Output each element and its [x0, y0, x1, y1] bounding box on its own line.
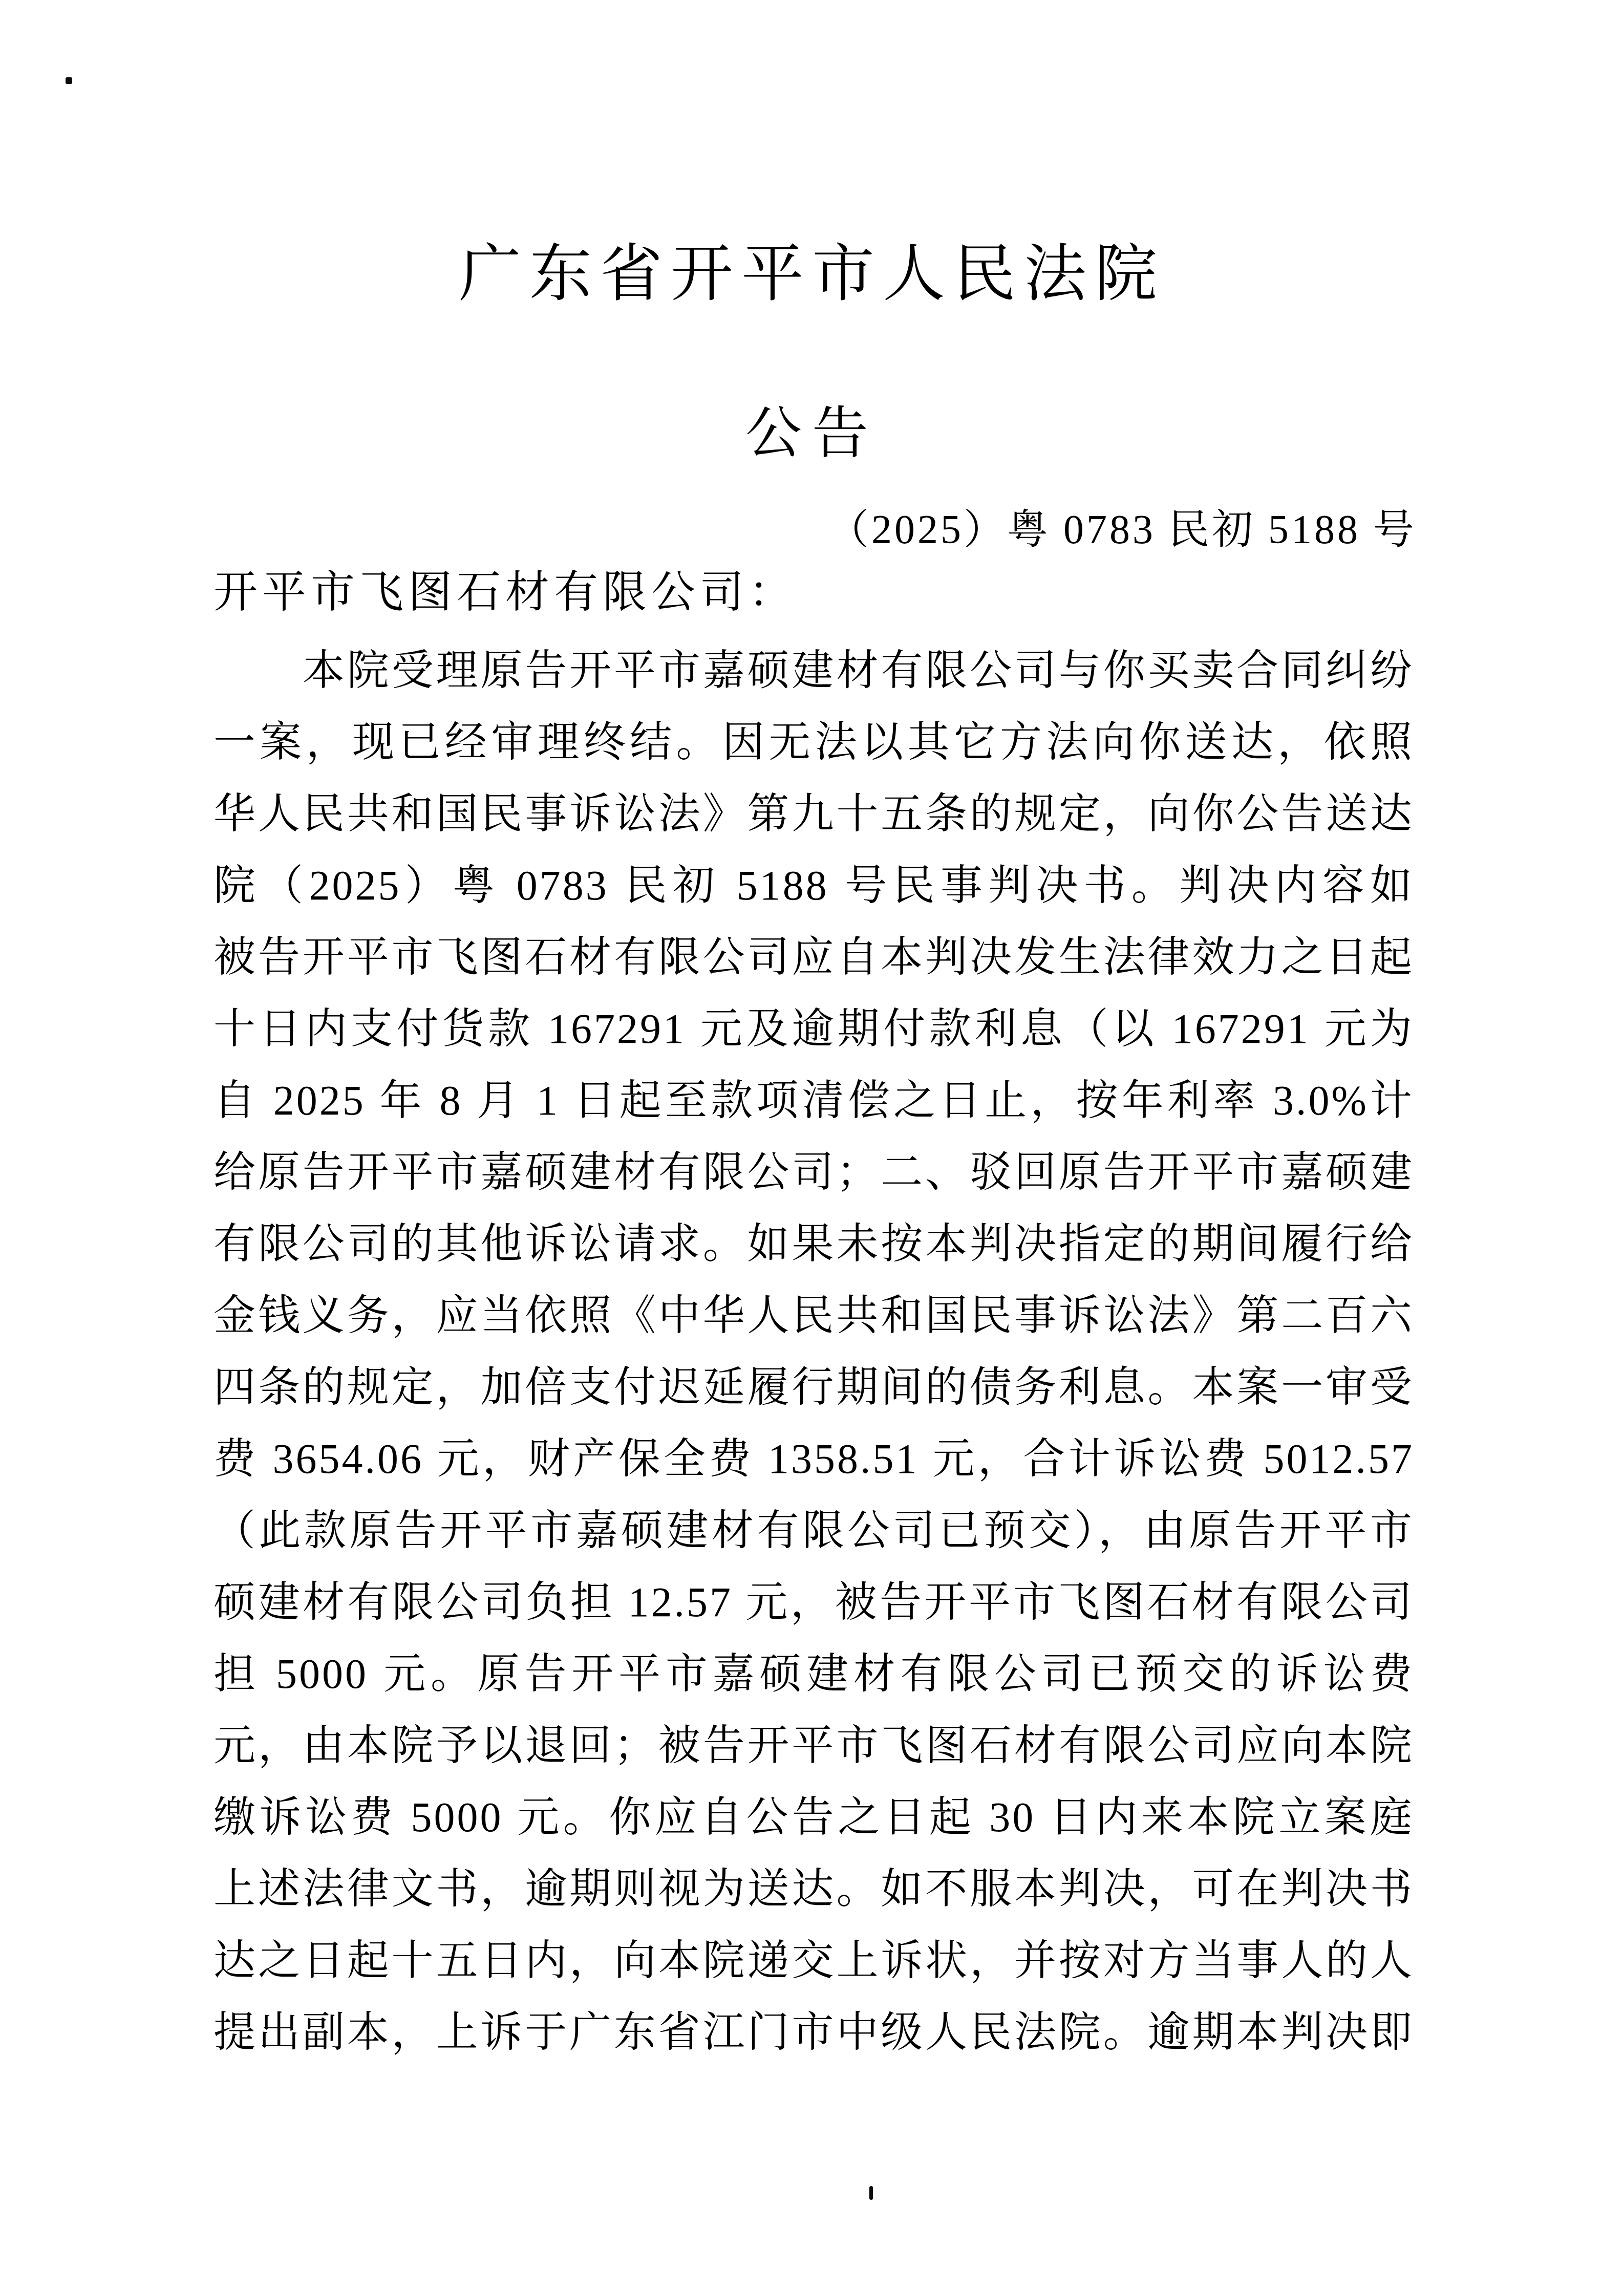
body-line: 硕建材有限公司负担 12.57 元，被告开平市飞图石材有限公司负: [213, 1567, 1414, 1638]
body-line: 费 3654.06 元，财产保全费 1358.51 元，合计诉讼费 5012.5…: [213, 1423, 1414, 1495]
body-line: 自 2025 年 8 月 1 日起至款项清偿之日止，按年利率 3.0%计算）: [213, 1065, 1414, 1137]
body-line: 有限公司的其他诉讼请求。如果未按本判决指定的期间履行给付: [213, 1208, 1414, 1280]
body-line: 达之日起十五日内，向本院递交上诉状，并按对方当事人的人数: [213, 1925, 1414, 1997]
announcement-body: 本院受理原告开平市嘉硕建材有限公司与你买卖合同纠纷 一案，现已经审理终结。因无法…: [213, 635, 1414, 2068]
scan-speck-bottom: [869, 2186, 873, 2200]
announcement-page: 广东省开平市人民法院 公告 （2025）粤 0783 民初 5188 号 开平市…: [0, 0, 1624, 2293]
body-line: 本院受理原告开平市嘉硕建材有限公司与你买卖合同纠纷: [213, 635, 1414, 706]
scan-speck-top: [66, 77, 72, 84]
body-line: 金钱义务，应当依照《中华人民共和国民事诉讼法》第二百六十: [213, 1280, 1414, 1352]
body-line: 四条的规定，加倍支付迟延履行期间的债务利息。本案一审受理: [213, 1352, 1414, 1423]
body-line: 被告开平市飞图石材有限公司应自本判决发生法律效力之日起: [213, 922, 1414, 993]
body-line: 上述法律文书，逾期则视为送达。如不服本判决，可在判决书送: [213, 1853, 1414, 1925]
body-line: 十日内支付货款 167291 元及逾期付款利息（以 167291 元为基数，: [213, 993, 1414, 1065]
body-line: （此款原告开平市嘉硕建材有限公司已预交），由原告开平市嘉: [213, 1495, 1414, 1567]
body-line: 一案，现已经审理终结。因无法以其它方法向你送达，依照《中: [213, 706, 1414, 778]
body-line: 华人民共和国民事诉讼法》第九十五条的规定，向你公告送达本: [213, 778, 1414, 850]
body-line: 元，由本院予以退回；被告开平市飞图石材有限公司应向本院补: [213, 1710, 1414, 1782]
court-name-title: 广东省开平市人民法院: [0, 0, 1624, 312]
body-line: 院（2025）粤 0783 民初 5188 号民事判决书。判决内容如下：一、: [213, 850, 1414, 922]
body-line: 提出副本，上诉于广东省江门市中级人民法院。逾期本判决即发: [213, 1997, 1414, 2068]
addressee-line: 开平市飞图石材有限公司：: [0, 564, 1624, 620]
body-line: 缴诉讼费 5000 元。你应自公告之日起 30 日内来本院立案庭领取: [213, 1782, 1414, 1853]
body-line: 给原告开平市嘉硕建材有限公司；二、驳回原告开平市嘉硕建材: [213, 1137, 1414, 1208]
doc-type-title: 公告: [0, 402, 1624, 465]
case-number: （2025）粤 0783 民初 5188 号: [0, 506, 1624, 554]
body-line: 担 5000 元。原告开平市嘉硕建材有限公司已预交的诉讼费 5000: [213, 1638, 1414, 1710]
